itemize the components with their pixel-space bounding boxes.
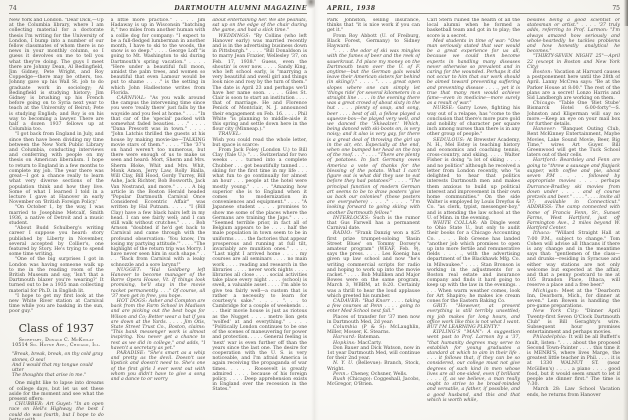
paragraph: Philadelphia: It will be all Buffett's f… [527, 335, 620, 387]
paragraph-lead: Chicago: [533, 101, 559, 106]
paragraph: Med students in time of war: "One man se… [427, 39, 520, 107]
section-title: Class of 1937 [9, 323, 104, 335]
paragraph: RADIO: "Frank Danzig won a $25 first pri… [327, 231, 420, 299]
paragraph-lead: CADAVER: [333, 299, 362, 304]
paragraph: Columbia (P & S): McLaughlin, Miller, Mo… [327, 325, 420, 335]
paragraph: Rush (Chicago): Coggeshall, Jacobs, McGr… [327, 377, 420, 387]
paragraph-lead: RADIO: [333, 231, 355, 236]
left-header-title: DARTMOUTH ALUMNI MAGAZINE [174, 6, 307, 12]
paragraph: WHITE COLLAR: Ab Dingle went to Ohio Sta… [427, 221, 520, 304]
paragraph-lead: Philadelphia: [533, 335, 569, 340]
paragraph-lead: CHUBBER: [15, 402, 46, 407]
verse-line: "Break, break, break, on thy cold gray s… [12, 352, 104, 362]
paragraph: Hanover: "Banquet Outing Club, Rent McKi… [527, 127, 620, 158]
paragraph: PARADISE: "She's smart as a whip and pre… [111, 351, 206, 382]
paragraph-lead: N. Y. U. [333, 361, 356, 366]
paragraph: Park Johnston, selling insurance, thinks… [327, 18, 420, 34]
paragraph: N. Y. U. (Bellevue): Branch, Stock, Wrig… [327, 361, 420, 371]
paragraph: INTERLOCKS: Such is the rumor that Gus F… [327, 216, 420, 232]
paragraph-lead: INTERLOCKS: [333, 216, 373, 221]
left-column-2: a little more practice." . . . . Jim Had… [111, 18, 206, 420]
paragraph: ". . . . the odor of ski wax mingles wit… [327, 49, 420, 216]
paragraph: besides being a good scientist or states… [527, 18, 620, 54]
paragraph: Hartford: Beardsley and Fenn are going t… [527, 158, 620, 231]
left-running-header: 74 DARTMOUTH ALUMNI MAGAZINE [9, 3, 307, 14]
paragraph: "On October 1, by the way, I was married… [9, 205, 104, 226]
paragraph: Ithaca: "Willard Straight Hall at 7:00 P… [527, 231, 620, 288]
paragraph: CARNIVAL: "As you walk around the campus… [111, 96, 206, 268]
paragraph-lead: Boston: [533, 70, 554, 75]
paragraph-lead: NUGGET: [117, 268, 150, 273]
right-page-number: 75 [612, 6, 620, 12]
paragraph-lead: Ithaca: [533, 231, 555, 236]
paragraph-lead: GRIT: [433, 304, 456, 309]
paragraph: Don Bauer and Dick Watson, now in 1st ye… [327, 346, 420, 362]
paragraph-lead: Hanover: [533, 127, 561, 132]
paragraph-lead: Michigan: [533, 289, 562, 294]
paragraph: From Roy Abbott (U. of Freiburg, Black F… [327, 34, 420, 50]
paragraph-lead: Rush [333, 377, 347, 382]
paragraph: "I got back from England in July, and si… [9, 132, 104, 205]
paragraph: Places of transfer for '37 men now in Da… [327, 315, 420, 325]
paragraph-lead: TRAVEL: [218, 132, 241, 137]
paragraph: Carl Stern ruined the health of all the … [427, 18, 520, 39]
paragraph: New York City: "Dinner April Twenty-firs… [527, 309, 620, 335]
paragraph: Chicago: "Table One 'Biet Stube' Bismarc… [527, 101, 620, 127]
left-column-3: about entertaining her. We ate peanuts, … [212, 18, 307, 420]
paragraph: Boston: Vacation at Harvard causes a pos… [527, 70, 620, 101]
paragraph-lead: Hartford: [533, 158, 560, 163]
paragraph-lead: Hopkins: [333, 341, 358, 346]
verse-line: The thoughts that arise in me." [12, 373, 104, 378]
section-address: 10514 So. Hoyne Ave., Chicago, Ill. [9, 343, 104, 348]
page-left: 74 DARTMOUTH ALUMNI MAGAZINE New York an… [0, 0, 314, 420]
paragraph-lead: WEDDINGS: [218, 34, 253, 39]
right-header-date: APRIL, 1938 [327, 6, 376, 12]
paragraph: "THIRTY-SEVEN NIGHT 25"—April 22 (except… [527, 54, 620, 70]
paragraph: NUGGET: "Hal Goldberg left Hanover to be… [111, 268, 206, 299]
paragraph: NURSE: Garry Lowe, fighting his way out … [427, 106, 520, 137]
paragraph-lead: WHITE COLLAR: [433, 221, 481, 226]
right-page-columns: Park Johnston, selling insurance, thinks… [327, 18, 620, 420]
left-column-1: New York and London. "Dear Dick,—Up at t… [9, 18, 104, 420]
paragraph-lead: New York City: [533, 309, 585, 314]
paragraph: CHUBBER: Art Guyet: "In an open race on … [9, 402, 104, 420]
paragraph: a little more practice." . . . . Jim Had… [111, 18, 206, 96]
section-heading: Class of 1937Secretary, Donald C. McKinl… [9, 323, 104, 349]
left-page-columns: New York and London. "Dear Dick,—Up at t… [9, 18, 307, 420]
paragraph-lead: NURSE: [433, 106, 457, 111]
paragraph: One might like to lapse into dreams of c… [9, 381, 104, 402]
paragraph-lead: SEDULOUS: [433, 138, 467, 143]
left-page-number: 74 [9, 6, 17, 12]
paragraph-lead: HOT DOGS: [117, 299, 149, 304]
paragraph: From Jack Foley (London U.) to Bill Clay… [212, 148, 307, 393]
page-right: APRIL, 1938 75 Park Johnston, selling in… [314, 0, 628, 420]
verse: "Break, break, break, on thy cold gray s… [12, 352, 104, 378]
magazine-spread: 74 DARTMOUTH ALUMNI MAGAZINE New York an… [0, 0, 628, 420]
paragraph-lead: Columbia [333, 325, 362, 330]
paragraph: CADAVER: "Bud Knorr . . . . taking a few… [327, 299, 420, 315]
right-column-2: Carl Stern ruined the health of all the … [427, 18, 520, 420]
paragraph: "One of the big surprises I got in Londo… [9, 257, 104, 293]
paragraph: GRIT: "However, at present everything is… [427, 304, 520, 330]
paragraph-lead: PARADISE: [117, 351, 148, 356]
paragraph: about entertaining her. We ate peanuts, … [212, 18, 307, 34]
paragraph: HOT DOGS: Asher and Compton are back fro… [111, 299, 206, 351]
paragraph: "I hope to get my first look at the new … [9, 294, 104, 315]
paragraph: SEDULOUS: At Brewster Academy, N. H., Me… [427, 138, 520, 221]
paragraph: Michigan: Meet at the "Dearborn Inn, Dea… [527, 289, 620, 310]
paragraph: New York and London. "Dear Dick,—Up at t… [9, 18, 104, 132]
paragraph-lead: CARNIVAL: [117, 96, 150, 101]
paragraph: Wish you could read the whole letter, bu… [212, 138, 307, 148]
paragraph: March 28: Law School Vacation ends, he r… [527, 387, 620, 397]
verse-line: And I would that my tongue could utter [12, 363, 104, 373]
paragraph: "About Budd Schulberg's writing career I… [9, 226, 104, 257]
right-running-header: APRIL, 1938 75 [327, 3, 620, 14]
paragraph-lead: KIPLING'S "MAN": [433, 330, 487, 335]
paragraph: WEDDINGS: "Ry Collins (who left Hanover … [212, 34, 307, 133]
paragraph: KIPLING'S "MAN": A suggestion went past … [427, 330, 520, 403]
right-column-3: besides being a good scientist or states… [527, 18, 620, 420]
right-column-1: Park Johnston, selling insurance, thinks… [327, 18, 420, 420]
